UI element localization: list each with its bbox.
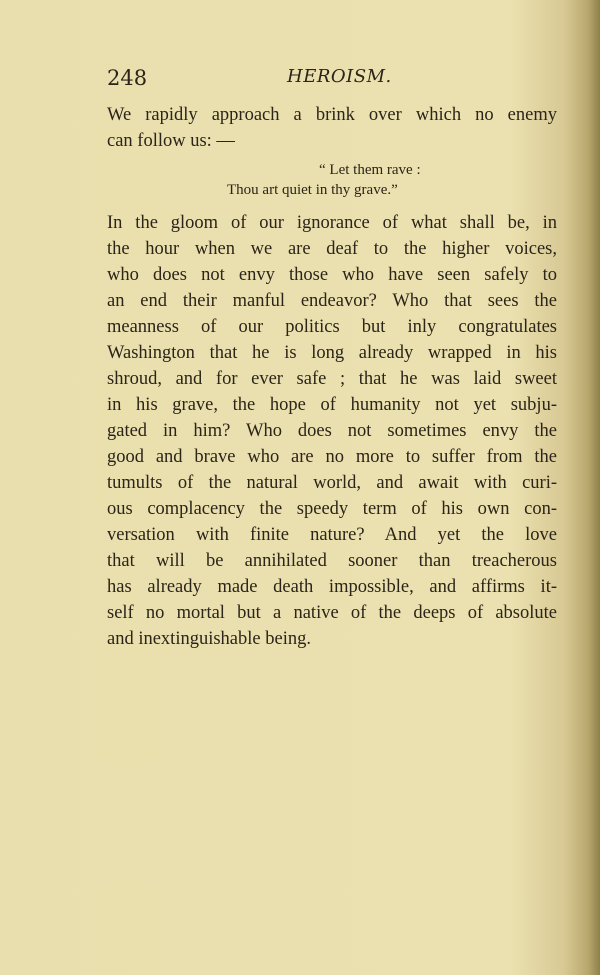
running-head: HEROISM. bbox=[287, 66, 392, 87]
text-line: versation with finite nature? And yet th… bbox=[107, 522, 557, 548]
text-line: an end their manful endeavor? Who that s… bbox=[107, 288, 557, 314]
text-line: good and brave who are no more to suffer… bbox=[107, 444, 557, 470]
text-line: ous complacency the speedy term of his o… bbox=[107, 496, 557, 522]
quote-line: Thou art quiet in thy grave.” bbox=[107, 180, 557, 200]
verse-quote: “ Let them rave : Thou art quiet in thy … bbox=[107, 160, 557, 200]
text-line: who does not envy those who have seen sa… bbox=[107, 262, 557, 288]
text-line: and inextinguishable being. bbox=[107, 626, 557, 652]
text-line: can follow us: — bbox=[107, 128, 557, 154]
text-line: the hour when we are deaf to the higher … bbox=[107, 236, 557, 262]
text-line: We rapidly approach a brink over which n… bbox=[107, 102, 557, 128]
book-page: 248 HEROISM. We rapidly approach a brink… bbox=[107, 66, 557, 652]
text-line: meanness of our politics but inly congra… bbox=[107, 314, 557, 340]
text-line: Washington that he is long already wrapp… bbox=[107, 340, 557, 366]
text-line: shroud, and for ever safe ; that he was … bbox=[107, 366, 557, 392]
page-number: 248 bbox=[107, 66, 147, 90]
text-line: gated in him? Who does not sometimes env… bbox=[107, 418, 557, 444]
text-line: self no mortal but a native of the deeps… bbox=[107, 600, 557, 626]
text-line: tumults of the natural world, and await … bbox=[107, 470, 557, 496]
quote-line: “ Let them rave : bbox=[107, 160, 557, 180]
text-line: has already made death impossible, and a… bbox=[107, 574, 557, 600]
text-line: in his grave, the hope of humanity not y… bbox=[107, 392, 557, 418]
page-header: 248 HEROISM. bbox=[107, 66, 557, 96]
text-line: In the gloom of our ignorance of what sh… bbox=[107, 210, 557, 236]
paragraph-2: In the gloom of our ignorance of what sh… bbox=[107, 210, 557, 652]
paragraph-1: We rapidly approach a brink over which n… bbox=[107, 102, 557, 154]
text-line: that will be annihilated sooner than tre… bbox=[107, 548, 557, 574]
